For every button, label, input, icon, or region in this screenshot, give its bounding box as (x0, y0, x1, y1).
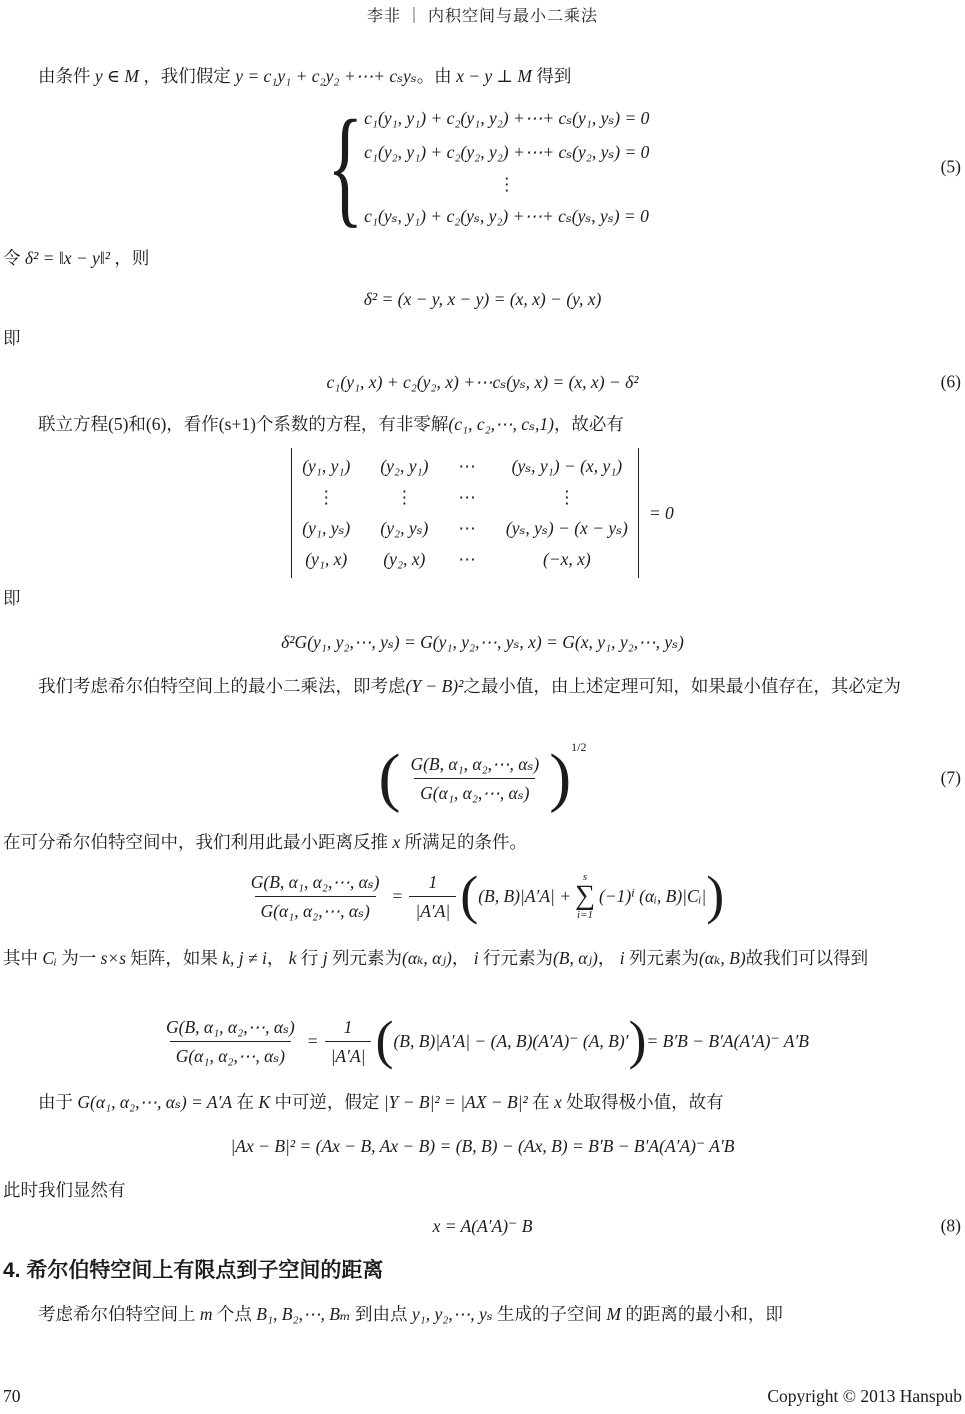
det-cell: ⋯ (458, 513, 476, 544)
fraction-denominator: |A′A| (409, 896, 456, 923)
det-cell: ⋯ (458, 544, 476, 575)
equation-7: ( G(B, α₁, α₂,⋯, αₛ) G(α₁, α₂,⋯, αₛ) ) 1… (0, 740, 965, 816)
paragraph-separable: 在可分希尔伯特空间中，我们利用此最小距离反推 x 所满足的条件。 (0, 828, 965, 856)
equals-sign: = (308, 1031, 318, 1052)
fraction-denominator: |A′A| (325, 1041, 372, 1068)
equation-term: (−1)ⁱ (αᵢ, B)|Cᵢ| (599, 886, 706, 907)
equation-body: δ² = (x − y, x − y) = (x, x) − (y, x) (364, 289, 602, 310)
determinant: (y₁, y₁) (y₂, y₁) ⋯ (yₛ, y₁) − (x, y₁) ⋮… (291, 448, 639, 578)
equation-5: { c₁(y₁, y₁) + c₂(y₁, y₂) +⋯+ cₛ(y₁, yₛ)… (0, 96, 965, 238)
close-paren: ) (549, 750, 571, 806)
fraction-numerator: 1 (422, 870, 443, 896)
equation-gram: δ²G(y₁, y₂,⋯, yₛ) = G(y₁, y₂,⋯, yₛ, x) =… (0, 626, 965, 658)
equation-8: x = A(A′A)⁻ B (8) (0, 1210, 965, 1242)
page-footer: 70 Copyright © 2013 Hanspub (0, 1386, 965, 1407)
det-cell: ⋮ (506, 482, 628, 513)
fraction-numerator: G(B, α₁, α₂,⋯, αₛ) (245, 870, 386, 896)
open-paren: ( (378, 750, 400, 806)
fraction-denominator: G(α₁, α₂,⋯, αₛ) (414, 778, 535, 805)
system-line: c₁(yₛ, y₁) + c₂(yₛ, y₂) +⋯+ cₛ(yₛ, yₛ) =… (364, 199, 649, 233)
paragraph-namely: 即 (0, 584, 965, 612)
vertical-dots: ⋮ (498, 169, 516, 199)
equation-rhs: = B′B − B′A(A′A)⁻ A′B (646, 1031, 809, 1052)
det-cell: (yₛ, y₁) − (x, y₁) (506, 451, 628, 482)
paragraph-least-squares: 我们考虑希尔伯特空间上的最小二乘法，即考虑(Y − B)²之最小值，由上述定理可… (0, 672, 965, 700)
equation-delta: δ² = (x − y, x − y) = (x, x) − (y, x) (0, 284, 965, 314)
equation-number: (6) (941, 372, 961, 393)
det-cell: (y₁, y₁) (302, 451, 350, 482)
paragraph-let-delta: 令 δ² = ‖x − y‖² ，则 (0, 244, 965, 272)
det-cell: ⋯ (458, 451, 476, 482)
det-cell: (yₛ, yₛ) − (x − yₛ) (506, 513, 628, 544)
det-cell: (y₂, x) (380, 544, 428, 575)
equals-sign: = (393, 886, 403, 907)
close-paren: ) (628, 1018, 646, 1064)
equation-number: (7) (941, 768, 961, 789)
fraction: G(B, α₁, α₂,⋯, αₛ) G(α₁, α₂,⋯, αₛ) (160, 1015, 301, 1068)
fraction-numerator: G(B, α₁, α₂,⋯, αₛ) (160, 1015, 301, 1041)
fraction: 1 |A′A| (409, 870, 456, 923)
sum-lower-limit: i=1 (577, 909, 593, 921)
equation-term: (B, B)|A′A| + (478, 886, 571, 907)
paragraph-invertible: 由于 G(α₁, α₂,⋯, αₛ) = A′A 在 K 中可逆，假定 |Y −… (0, 1088, 965, 1116)
det-cell: (y₁, x) (302, 544, 350, 575)
fraction: 1 |A′A| (325, 1015, 372, 1068)
fraction-numerator: 1 (338, 1015, 359, 1041)
paper-page: { "header": { "title": "李非 ｜ 内积空间与最小二乘法"… (0, 0, 965, 1414)
paragraph-obvious: 此时我们显然有 (0, 1176, 965, 1204)
fraction-denominator: G(α₁, α₂,⋯, αₛ) (255, 896, 376, 923)
determinant-rhs: = 0 (649, 503, 674, 524)
det-cell: ⋮ (380, 482, 428, 513)
exponent: 1/2 (571, 740, 586, 755)
equation-number: (5) (941, 157, 961, 178)
fraction: G(B, α₁, α₂,⋯, αₛ) G(α₁, α₂,⋯, αₛ) (245, 870, 386, 923)
equation-sum: G(B, α₁, α₂,⋯, αₛ) G(α₁, α₂,⋯, αₛ) = 1 |… (0, 858, 965, 934)
running-header: 李非 ｜ 内积空间与最小二乘法 (0, 3, 965, 26)
system-line: c₁(y₁, y₁) + c₂(y₁, y₂) +⋯+ cₛ(y₁, yₛ) =… (364, 101, 649, 135)
system-line: c₁(y₂, y₁) + c₂(y₂, y₂) +⋯+ cₛ(y₂, yₛ) =… (364, 135, 649, 169)
fraction-numerator: G(B, α₁, α₂,⋯, αₛ) (404, 752, 545, 778)
equation-body: c₁(y₁, x) + c₂(y₂, x) +⋯cₛ(yₛ, x) = (x, … (327, 372, 639, 393)
open-paren: ( (375, 1018, 393, 1064)
paragraph-simultaneous: 联立方程(5)和(6)，看作(s+1)个系数的方程，有非零解(c₁, c₂,⋯,… (0, 410, 965, 438)
equation-body: |Ax − B|² = (Ax − B, Ax − B) = (B, B) − … (231, 1136, 735, 1157)
equation-ax: |Ax − B|² = (Ax − B, Ax − B) = (B, B) − … (0, 1130, 965, 1162)
section-heading: 4. 希尔伯特空间上有限点到子空间的距离 (0, 1254, 965, 1284)
equation-system: { c₁(y₁, y₁) + c₂(y₁, y₂) +⋯+ cₛ(y₁, yₛ)… (316, 101, 650, 233)
page-number: 70 (3, 1386, 21, 1407)
sigma-icon: ∑ (575, 883, 595, 910)
det-cell: ⋯ (458, 482, 476, 513)
equation-body: δ²G(y₁, y₂,⋯, yₛ) = G(y₁, y₂,⋯, yₛ, x) =… (281, 632, 684, 653)
close-paren: ) (706, 873, 724, 919)
equation-body: x = A(A′A)⁻ B (433, 1216, 533, 1237)
equation-term: (B, B)|A′A| − (A, B)(A′A)⁻ (A, B)′ (393, 1031, 628, 1052)
equation-6: c₁(y₁, x) + c₂(y₂, x) +⋯cₛ(yₛ, x) = (x, … (0, 366, 965, 398)
summation: s ∑ i=1 (575, 871, 595, 922)
system-brace: { (327, 101, 363, 233)
det-cell: (y₁, yₛ) (302, 513, 350, 544)
equation-number: (8) (941, 1216, 961, 1237)
paragraph-namely: 即 (0, 324, 965, 352)
paragraph-intro: 由条件 y ∈ M ，我们假定 y = c₁y₁ + c₂y₂ +⋯+ cₛyₛ… (0, 62, 965, 90)
determinant-equation: (y₁, y₁) (y₂, y₁) ⋯ (yₛ, y₁) − (x, y₁) ⋮… (0, 448, 965, 578)
det-cell: (y₂, yₛ) (380, 513, 428, 544)
det-cell: (y₂, y₁) (380, 451, 428, 482)
fraction-denominator: G(α₁, α₂,⋯, αₛ) (170, 1041, 291, 1068)
fraction: G(B, α₁, α₂,⋯, αₛ) G(α₁, α₂,⋯, αₛ) (404, 752, 545, 805)
det-cell: (−x, x) (506, 544, 628, 575)
determinant-bar-right (638, 448, 639, 578)
equation-g2: G(B, α₁, α₂,⋯, αₛ) G(α₁, α₂,⋯, αₛ) = 1 |… (0, 1006, 965, 1076)
paragraph-section4-intro: 考虑希尔伯特空间上 m 个点 B₁, B₂,⋯, Bₘ 到由点 y₁, y₂,⋯… (0, 1300, 965, 1328)
det-cell: ⋮ (302, 482, 350, 513)
open-paren: ( (460, 873, 478, 919)
paragraph-matrix-c: 其中 Cᵢ 为一 s×s 矩阵，如果 k, j ≠ i， k 行 j 列元素为(… (0, 944, 965, 972)
copyright-notice: Copyright © 2013 Hanspub (767, 1386, 962, 1407)
